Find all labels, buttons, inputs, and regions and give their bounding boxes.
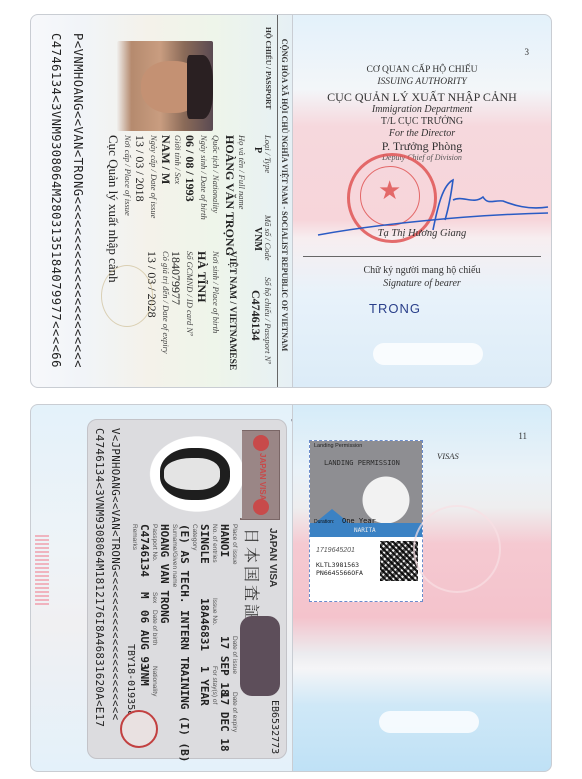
- place-issue-label: Nơi cấp / Place of issue: [123, 135, 133, 216]
- emblem-watermark: [413, 505, 501, 593]
- place-issue-value: HANOI: [218, 524, 231, 557]
- passport-mrz-line2: C4746134<3VNM9308064M2803135184079977<<<…: [49, 33, 63, 368]
- visa-photo: [142, 430, 242, 518]
- dob-label: Ngày sinh / Date of birth: [199, 135, 209, 220]
- port-of-entry: NARITA: [354, 527, 376, 534]
- visa-title-jp: 日本国査証: [241, 528, 264, 623]
- place-issue-value: Cục Quản lý xuất nhập cảnh: [105, 135, 121, 283]
- security-strip: [35, 535, 49, 605]
- sex-label: Giới tính / Sex: [173, 135, 183, 184]
- full-name-value: HOÀNG VĂN TRỌNG: [222, 135, 237, 256]
- passport-mrz-line1: P<VNMHOANG<<VAN<TRONG<<<<<<<<<<<<<<<<<<<…: [71, 33, 85, 368]
- visa-sex-value: M: [138, 592, 151, 599]
- banner-text: JAPAN VISA: [258, 453, 267, 500]
- visas-label: VISAS: [437, 451, 459, 461]
- duration-value: One Year: [342, 517, 376, 525]
- visa-nationality-label: Nationality: [151, 666, 158, 696]
- dept-en: Immigration Department: [293, 104, 551, 115]
- id-label: Số GCMND / ID card Nº: [185, 251, 195, 336]
- code-label: Mã số / Code: [263, 215, 273, 261]
- visa-mrz-line2: C4746134<3VNM9308064M1812176I8A46831620A…: [93, 428, 106, 727]
- entries-label: No. of entries: [211, 524, 218, 563]
- control-number: TBY18-019358: [125, 644, 136, 716]
- signer-name: Tạ Thị Hương Giang: [293, 228, 551, 239]
- passport-no-label: Số hộ chiếu / Passport Nº: [263, 277, 273, 364]
- visa-nationality-value: VNM: [138, 666, 151, 686]
- visa-dob-label: Date of birth: [151, 610, 158, 645]
- issuing-vn: CƠ QUAN CẤP HỘ CHIẾU: [293, 65, 551, 75]
- sex-value: NAM / M: [158, 135, 173, 184]
- code-value: VNM: [252, 227, 263, 251]
- type-value: P: [252, 147, 263, 153]
- visa-banner: JAPAN VISA: [240, 430, 280, 520]
- landing-permission-panel: Landing Permission LANDING PERMISSION Du…: [310, 441, 422, 537]
- director-vn: T/L CỤC TRƯỞNG: [293, 116, 551, 127]
- name-label: Surname/Given name: [171, 524, 178, 587]
- visa-sex-label: Sex: [151, 592, 158, 603]
- cloud-ornament: [373, 343, 483, 365]
- place-issue-label: Place of issue: [231, 524, 238, 564]
- visa-dob-value: 06 AUG 93: [138, 610, 151, 670]
- hologram-seal: [240, 616, 280, 696]
- issue-no-value: 18A46831: [198, 598, 211, 651]
- header-divider: [277, 15, 278, 387]
- entries-value: SINGLE: [198, 524, 211, 564]
- category-label: Category: [191, 524, 198, 550]
- category-value: (E) AS TECH. INTERN TRAINING (I) (B): [178, 524, 191, 762]
- pob-value: HÀ TĨNH: [194, 251, 209, 302]
- deputy-vn: P. Trưởng Phòng: [293, 139, 551, 154]
- flower-emblem-left-icon: [253, 435, 269, 451]
- bearer-signature: TRONG: [369, 301, 421, 316]
- name-value: HOANG VAN TRONG: [158, 524, 171, 623]
- visa-passport-value: C4746134: [138, 524, 151, 577]
- visas-page: 11 VISAS Landing Permission LANDING PERM…: [292, 404, 552, 772]
- passport-data-page: P<VNMHOANG<<VAN<TRONG<<<<<<<<<<<<<<<<<<<…: [30, 14, 294, 388]
- remarks-label: Remarks: [131, 524, 138, 550]
- visa-mrz-line1: V<JPNHOANG<<VAN<TRONG<<<<<<<<<<<<<<<<<<<…: [109, 428, 122, 720]
- bearer-sig-en: Signature of bearer: [293, 278, 551, 289]
- duration-label: Duration:: [314, 519, 334, 525]
- passport-no-value: C4746134: [248, 290, 263, 341]
- issuing-authority-page: 3 CƠ QUAN CẤP HỘ CHIẾU ISSUING AUTHORITY…: [292, 14, 552, 388]
- stamp-code2: PN6645566OFA: [316, 569, 363, 577]
- type-label: Loại / Type: [263, 135, 273, 173]
- nationality-value: VIỆT NAM / VIETNAMESE: [227, 251, 237, 370]
- flower-emblem-right-icon: [253, 499, 269, 515]
- date-expiry-value: 17 DEC 18: [218, 692, 231, 752]
- visa-passport-label: Passport No.: [151, 524, 158, 562]
- visa-title-en: JAPAN VISA: [267, 528, 278, 587]
- expiry-label: Có giá trị đến / Date of expiry: [161, 251, 171, 354]
- issue-label: Ngày cấp / Date of issue: [149, 135, 159, 218]
- passport-header: CỘNG HÒA XÃ HỘI CHỦ NGHĨA VIỆT NAM - SOC…: [280, 25, 289, 365]
- director-en: For the Director: [293, 128, 551, 139]
- stamp-number: 1719645201: [316, 547, 355, 554]
- signature-divider: [303, 256, 541, 257]
- cloud-ornament: [379, 711, 479, 733]
- full-name-label: Họ và tên / Full name: [237, 135, 247, 209]
- stamp-code1: KLTL3981563: [316, 561, 359, 569]
- date-issue-value: 17 SEP 18: [218, 636, 231, 696]
- visa-face-shape: [160, 448, 230, 500]
- page-number: 3: [525, 47, 530, 57]
- date-issue-label: Date of issue: [231, 636, 238, 674]
- date-expiry-label: Date of expiry: [231, 692, 238, 732]
- issue-value: 13 / 03 / 2018: [132, 135, 147, 202]
- landing-permission-sticker: Landing Permission LANDING PERMISSION Du…: [309, 440, 423, 602]
- deputy-en: Deputy Chief of Division: [293, 153, 551, 162]
- stay-label: For stay(s) of: [211, 666, 218, 704]
- hair-shape: [187, 55, 213, 119]
- embassy-seal: [120, 710, 158, 748]
- issuing-en: ISSUING AUTHORITY: [293, 77, 551, 87]
- emblem-watermark: [101, 265, 153, 327]
- landing-header: Landing Permission: [314, 443, 362, 449]
- dob-value: 06 / 08 / 1993: [182, 135, 197, 202]
- issue-no-label: Issue No.: [211, 598, 218, 625]
- stay-value: 1 YEAR: [198, 666, 211, 706]
- page-number: 11: [518, 431, 527, 441]
- bearer-sig-vn: Chữ ký người mang hộ chiếu: [293, 265, 551, 276]
- japan-visa-sticker: V<JPNHOANG<<VAN<TRONG<<<<<<<<<<<<<<<<<<<…: [87, 419, 287, 759]
- nationality-label: Quốc tịch / Nationality: [211, 135, 221, 213]
- dept-vn: CỤC QUẢN LÝ XUẤT NHẬP CẢNH: [293, 90, 551, 105]
- visa-number: EB6532773: [269, 700, 280, 754]
- passport-photo: [117, 41, 213, 131]
- visa-page: V<JPNHOANG<<VAN<TRONG<<<<<<<<<<<<<<<<<<<…: [30, 404, 294, 772]
- pob-label: Nơi sinh / Place of birth: [211, 251, 221, 333]
- doc-label: HỘ CHIẾU / PASSPORT: [264, 27, 273, 109]
